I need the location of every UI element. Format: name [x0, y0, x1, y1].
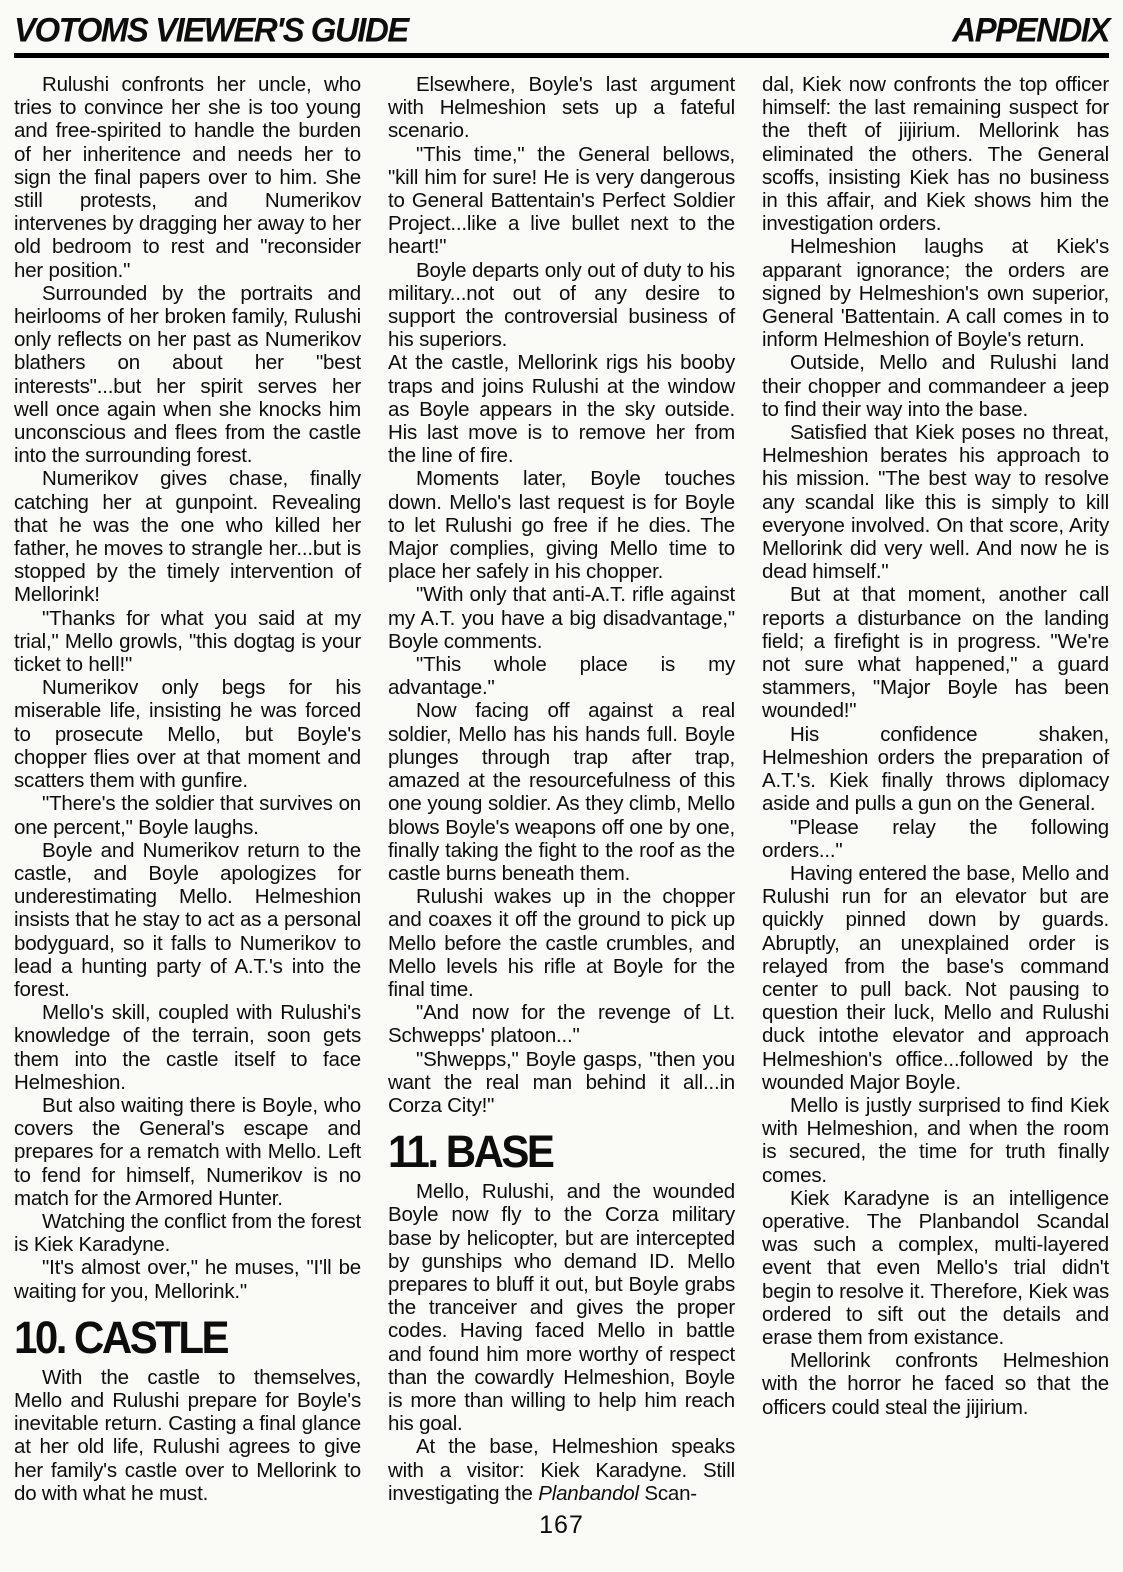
paragraph: Mellorink confronts Helmeshion with the … [762, 1349, 1109, 1419]
paragraph: Moments later, Boyle touches down. Mello… [388, 467, 735, 583]
paragraph: But at that moment, another call reports… [762, 583, 1109, 722]
paragraph: "Please relay the following orders..." [762, 816, 1109, 862]
paragraph: Rulushi confronts her uncle, who tries t… [14, 73, 361, 282]
paragraph: "Shwepps," Boyle gasps, "then you want t… [388, 1048, 735, 1118]
paragraph: At the base, Helmeshion speaks with a vi… [388, 1435, 735, 1505]
paragraph: dal, Kiek now confronts the top officer … [762, 73, 1109, 235]
italic-term: Planbandol [538, 1482, 639, 1505]
paragraph: "With only that anti-A.T. rifle against … [388, 583, 735, 653]
paragraph: Rulushi wakes up in the chopper and coax… [388, 885, 735, 1001]
paragraph: "It's almost over," he muses, "I'll be w… [14, 1256, 361, 1302]
page-header: VOTOMS VIEWER'S GUIDE APPENDIX [14, 12, 1109, 58]
paragraph-text: Scan- [639, 1482, 697, 1505]
paragraph: Numerikov only begs for his miserable li… [14, 676, 361, 792]
paragraph: Watching the conflict from the forest is… [14, 1210, 361, 1256]
paragraph: Now facing off against a real soldier, M… [388, 699, 735, 885]
paragraph: "Thanks for what you said at my trial," … [14, 607, 361, 677]
paragraph: Boyle departs only out of duty to his mi… [388, 259, 735, 352]
column-1: Rulushi confronts her uncle, who tries t… [14, 73, 361, 1505]
section-heading-base: 11. BASE [388, 1129, 735, 1174]
paragraph: With the castle to themselves, Mello and… [14, 1366, 361, 1505]
paragraph: Mello is justly surprised to find Kiek w… [762, 1094, 1109, 1187]
paragraph: Having entered the base, Mello and Rulus… [762, 862, 1109, 1094]
paragraph: "There's the soldier that survives on on… [14, 792, 361, 838]
paragraph: Mello's skill, coupled with Rulushi's kn… [14, 1001, 361, 1094]
section-heading-castle: 10. CASTLE [14, 1315, 361, 1360]
paragraph: His confidence shaken, Helmeshion orders… [762, 723, 1109, 816]
column-2: Elsewhere, Boyle's last argument with He… [388, 73, 735, 1505]
text-columns: Rulushi confronts her uncle, who tries t… [14, 73, 1109, 1505]
paragraph: At the castle, Mellorink rigs his booby … [388, 351, 735, 467]
section-label-appendix: APPENDIX [952, 10, 1109, 50]
paragraph: Outside, Mello and Rulushi land their ch… [762, 351, 1109, 421]
paragraph: "This whole place is my advantage." [388, 653, 735, 699]
scanned-book-page: VOTOMS VIEWER'S GUIDE APPENDIX Rulushi c… [0, 0, 1123, 1572]
paragraph: Elsewhere, Boyle's last argument with He… [388, 73, 735, 143]
paragraph: "This time," the General bellows, "kill … [388, 143, 735, 259]
paragraph: Boyle and Numerikov return to the castle… [14, 839, 361, 1001]
paragraph: Kiek Karadyne is an intelligence operati… [762, 1187, 1109, 1349]
book-title: VOTOMS VIEWER'S GUIDE [14, 10, 408, 50]
page-number: 167 [0, 1511, 1123, 1540]
paragraph: "And now for the revenge of Lt. Schwepps… [388, 1001, 735, 1047]
paragraph: Mello, Rulushi, and the wounded Boyle no… [388, 1180, 735, 1435]
paragraph: Numerikov gives chase, finally catching … [14, 467, 361, 606]
paragraph: Helmeshion laughs at Kiek's apparant ign… [762, 235, 1109, 351]
column-3: dal, Kiek now confronts the top officer … [762, 73, 1109, 1505]
paragraph: Surrounded by the portraits and heirloom… [14, 282, 361, 468]
paragraph: But also waiting there is Boyle, who cov… [14, 1094, 361, 1210]
paragraph: Satisfied that Kiek poses no threat, Hel… [762, 421, 1109, 583]
